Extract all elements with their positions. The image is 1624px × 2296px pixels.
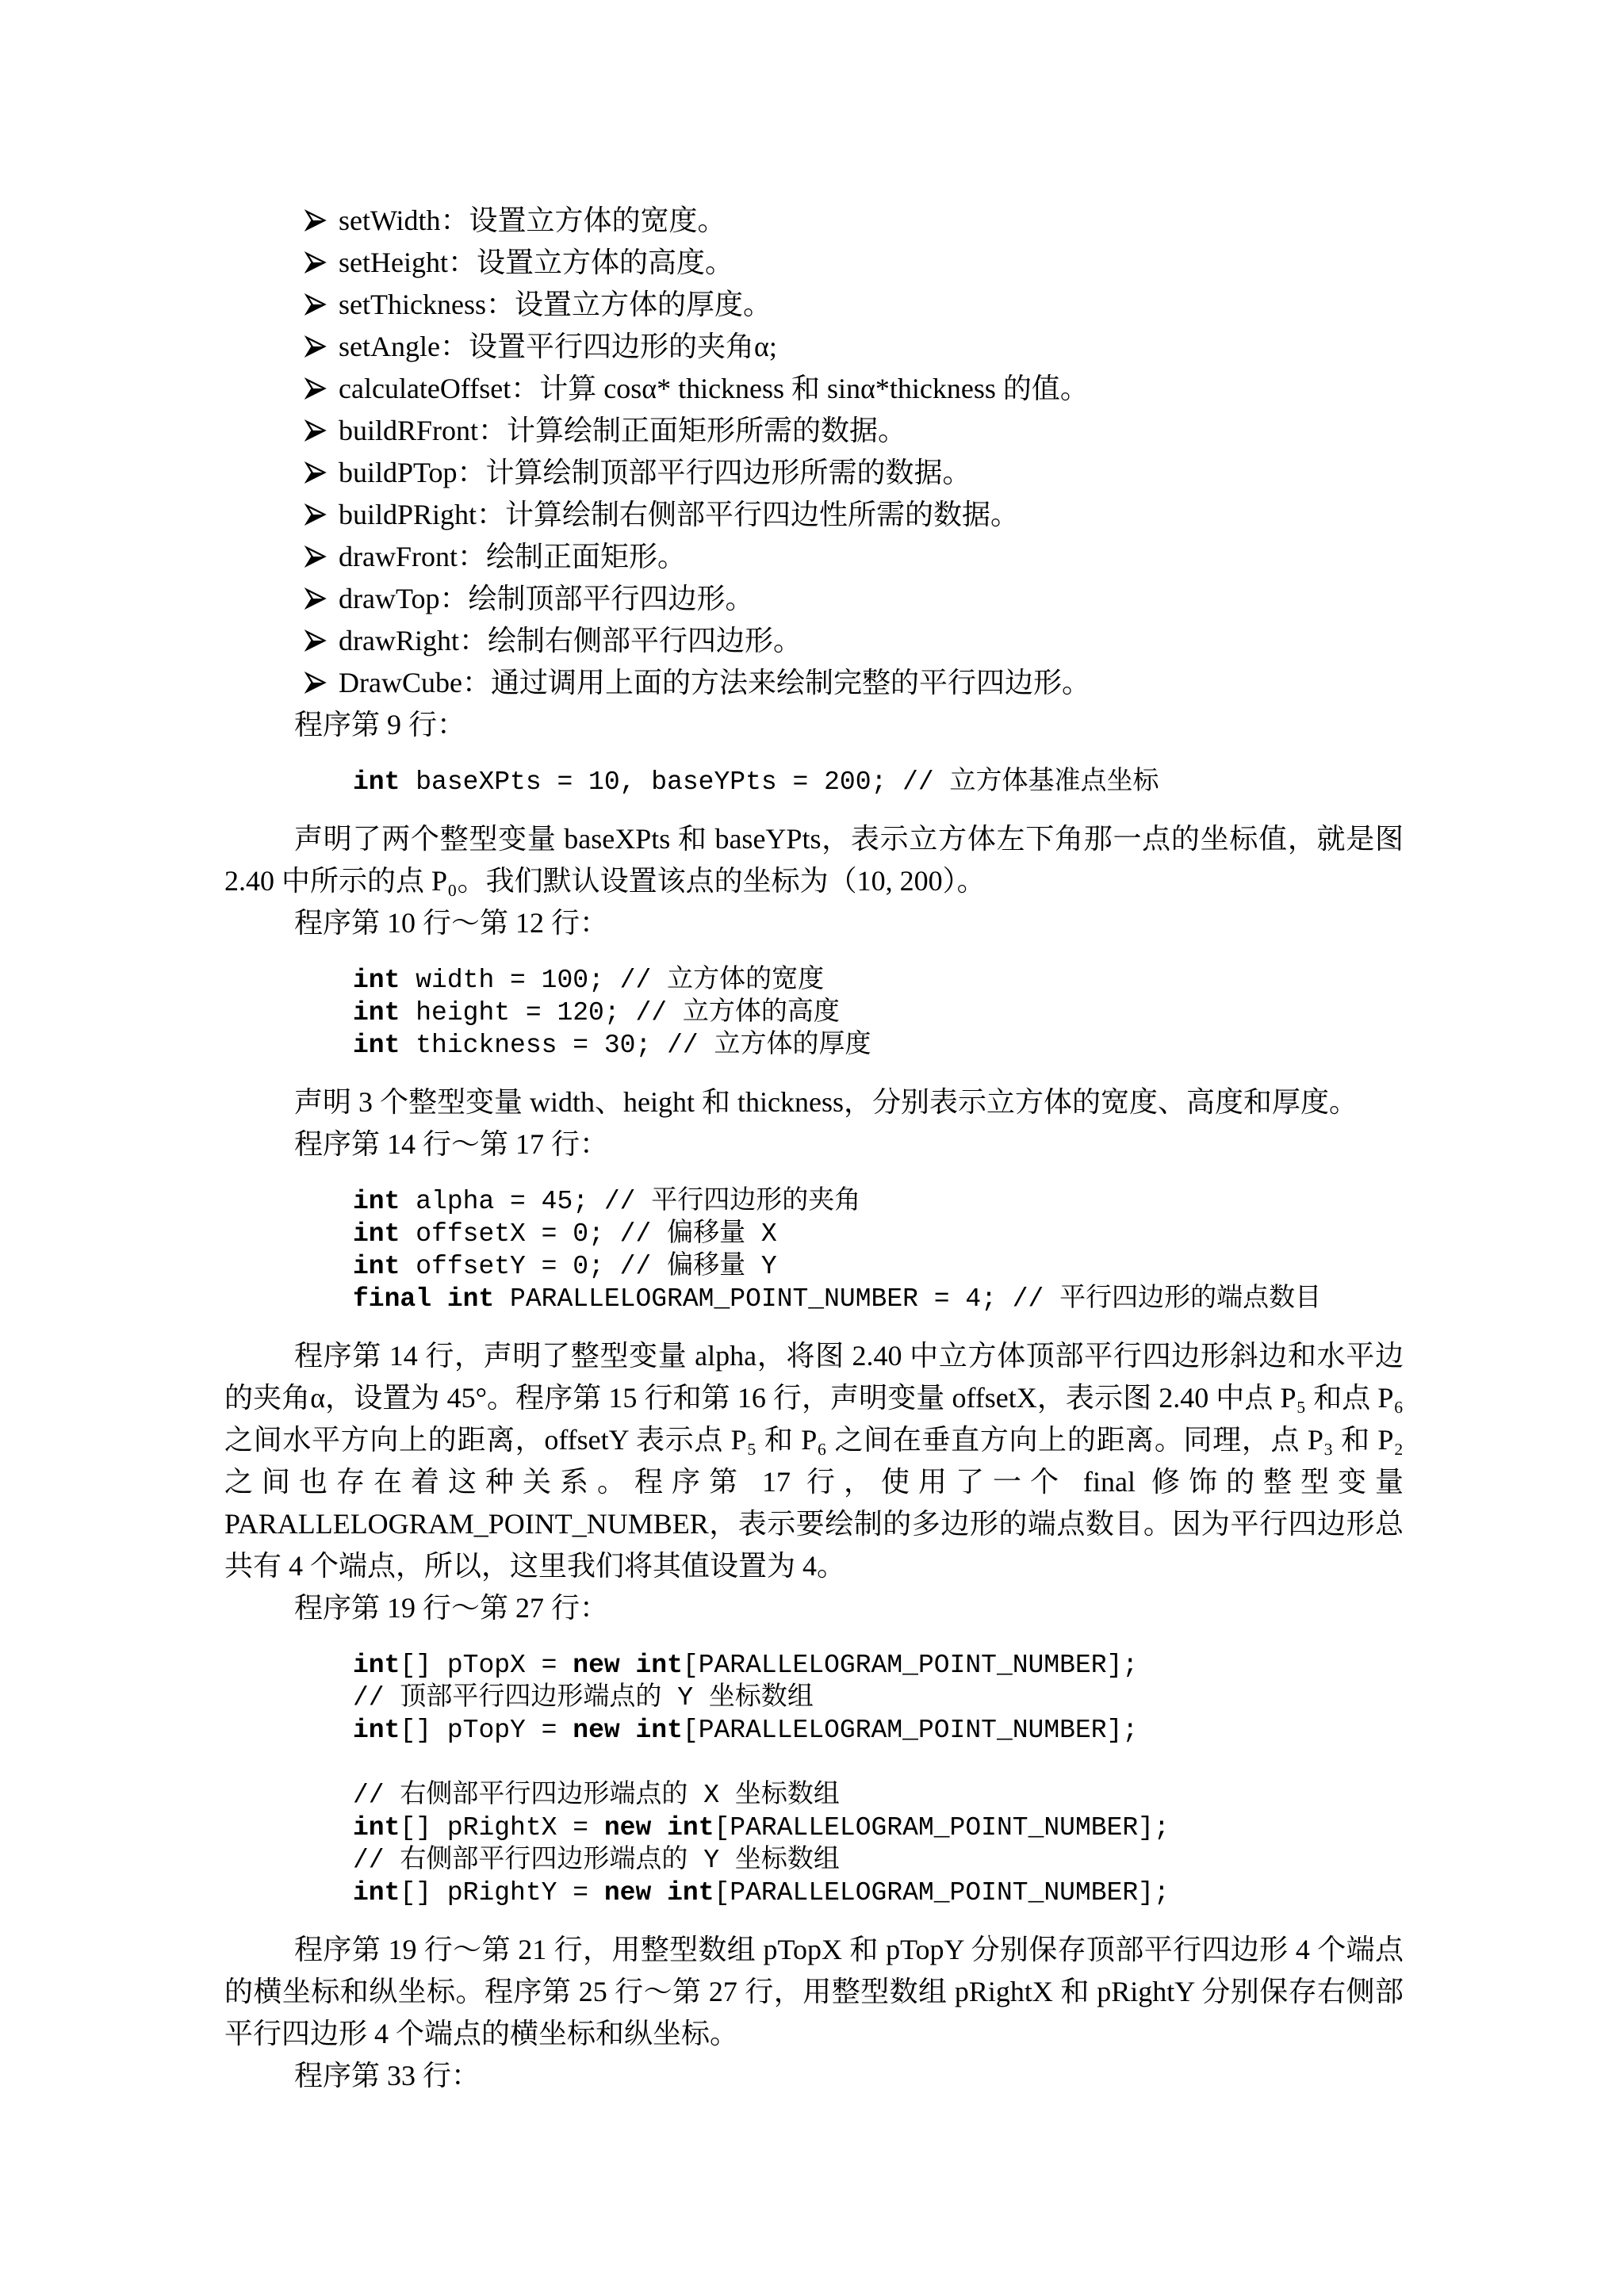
arrow-bullet-icon xyxy=(304,377,327,400)
paragraph-declare-base: 声明了两个整型变量 baseXPts 和 baseYPts，表示立方体左下角那一… xyxy=(224,818,1404,902)
code-line: int[] pRightX = new int[PARALLELOGRAM_PO… xyxy=(353,1812,1404,1844)
method-list: setWidth：设置立方体的宽度。 setHeight：设置立方体的高度。 s… xyxy=(224,200,1404,704)
list-item: setWidth：设置立方体的宽度。 xyxy=(224,200,1404,242)
code-line: int[] pTopX = new int[PARALLELOGRAM_POIN… xyxy=(353,1649,1404,1682)
list-item: drawRight：绘制右侧部平行四边形。 xyxy=(224,620,1404,662)
paragraph-alpha-explanation: 程序第 14 行，声明了整型变量 alpha，将图 2.40 中立方体顶部平行四… xyxy=(224,1335,1404,1587)
arrow-bullet-icon xyxy=(304,419,327,442)
list-item: drawTop：绘制顶部平行四边形。 xyxy=(224,578,1404,620)
list-item: buildRFront：计算绘制正面矩形所需的数据。 xyxy=(224,410,1404,452)
arrow-bullet-icon xyxy=(304,335,327,358)
arrow-bullet-icon xyxy=(304,587,327,610)
list-item-text: calculateOffset：计算 cosα* thickness 和 sin… xyxy=(339,368,1089,410)
code-line: // 右侧部平行四边形端点的 Y 坐标数组 xyxy=(353,1844,1404,1877)
code-line: int offsetY = 0; // 偏移量 Y xyxy=(353,1250,1404,1283)
list-item-text: setWidth：设置立方体的宽度。 xyxy=(339,200,726,242)
code-line: int height = 120; // 立方体的高度 xyxy=(353,997,1404,1029)
paragraph-program-line14-17: 程序第 14 行～第 17 行： xyxy=(224,1123,1404,1165)
paragraph-program-line9: 程序第 9 行： xyxy=(224,704,1404,746)
arrow-bullet-icon xyxy=(304,545,327,568)
code-line: // 顶部平行四边形端点的 Y 坐标数组 xyxy=(353,1682,1404,1714)
arrow-bullet-icon xyxy=(304,503,327,526)
paragraph-program-line33: 程序第 33 行： xyxy=(224,2055,1404,2097)
code-line: int alpha = 45; // 平行四边形的夹角 xyxy=(353,1185,1404,1218)
arrow-bullet-icon xyxy=(304,629,327,652)
list-item-text: buildRFront：计算绘制正面矩形所需的数据。 xyxy=(339,410,906,452)
code-line: final int PARALLELOGRAM_POINT_NUMBER = 4… xyxy=(353,1283,1404,1315)
list-item: calculateOffset：计算 cosα* thickness 和 sin… xyxy=(224,368,1404,410)
arrow-bullet-icon xyxy=(304,671,327,695)
list-item: setThickness：设置立方体的厚度。 xyxy=(224,284,1404,326)
paragraph-program-line19-27: 程序第 19 行～第 27 行： xyxy=(224,1587,1404,1629)
list-item-text: drawFront：绘制正面矩形。 xyxy=(339,536,686,578)
list-item: DrawCube：通过调用上面的方法来绘制完整的平行四边形。 xyxy=(224,662,1404,704)
list-item-text: buildPTop：计算绘制顶部平行四边形所需的数据。 xyxy=(339,452,971,494)
list-item: buildPTop：计算绘制顶部平行四边形所需的数据。 xyxy=(224,452,1404,494)
list-item: setHeight：设置立方体的高度。 xyxy=(224,242,1404,284)
paragraph-arrays-explanation: 程序第 19 行～第 21 行，用整型数组 pTopX 和 pTopY 分别保存… xyxy=(224,1929,1404,2055)
list-item-text: drawTop：绘制顶部平行四边形。 xyxy=(339,578,753,620)
paragraph-program-line10-12: 程序第 10 行～第 12 行： xyxy=(224,902,1404,944)
list-item-text: setThickness：设置立方体的厚度。 xyxy=(339,284,772,326)
code-line: // 右侧部平行四边形端点的 X 坐标数组 xyxy=(353,1779,1404,1812)
list-item-text: setAngle：设置平行四边形的夹角α; xyxy=(339,326,777,368)
code-block-dimensions: int width = 100; // 立方体的宽度 int height = … xyxy=(353,964,1404,1062)
code-line: int[] pTopY = new int[PARALLELOGRAM_POIN… xyxy=(353,1714,1404,1747)
list-item: setAngle：设置平行四边形的夹角α; xyxy=(224,326,1404,368)
arrow-bullet-icon xyxy=(304,209,327,232)
code-block-alpha-offsets: int alpha = 45; // 平行四边形的夹角 int offsetX … xyxy=(353,1185,1404,1315)
list-item: buildPRight：计算绘制右侧部平行四边性所需的数据。 xyxy=(224,494,1404,536)
code-line-blank xyxy=(353,1747,1404,1779)
list-item-text: buildPRight：计算绘制右侧部平行四边性所需的数据。 xyxy=(339,494,1019,536)
list-item-text: DrawCube：通过调用上面的方法来绘制完整的平行四边形。 xyxy=(339,662,1090,704)
arrow-bullet-icon xyxy=(304,461,327,484)
code-line: int thickness = 30; // 立方体的厚度 xyxy=(353,1029,1404,1062)
code-block-point-arrays: int[] pTopX = new int[PARALLELOGRAM_POIN… xyxy=(353,1649,1404,1909)
code-line: int offsetX = 0; // 偏移量 X xyxy=(353,1218,1404,1250)
code-line: int baseXPts = 10, baseYPts = 200; // 立方… xyxy=(353,766,1404,798)
list-item-text: drawRight：绘制右侧部平行四边形。 xyxy=(339,620,802,662)
list-item-text: setHeight：设置立方体的高度。 xyxy=(339,242,733,284)
arrow-bullet-icon xyxy=(304,293,327,316)
code-block-base-points: int baseXPts = 10, baseYPts = 200; // 立方… xyxy=(353,766,1404,798)
document-page: setWidth：设置立方体的宽度。 setHeight：设置立方体的高度。 s… xyxy=(0,0,1624,2296)
list-item: drawFront：绘制正面矩形。 xyxy=(224,536,1404,578)
paragraph-declare-whd: 声明 3 个整型变量 width、height 和 thickness，分别表示… xyxy=(224,1081,1404,1123)
code-line: int width = 100; // 立方体的宽度 xyxy=(353,964,1404,997)
arrow-bullet-icon xyxy=(304,251,327,274)
code-line: int[] pRightY = new int[PARALLELOGRAM_PO… xyxy=(353,1877,1404,1909)
